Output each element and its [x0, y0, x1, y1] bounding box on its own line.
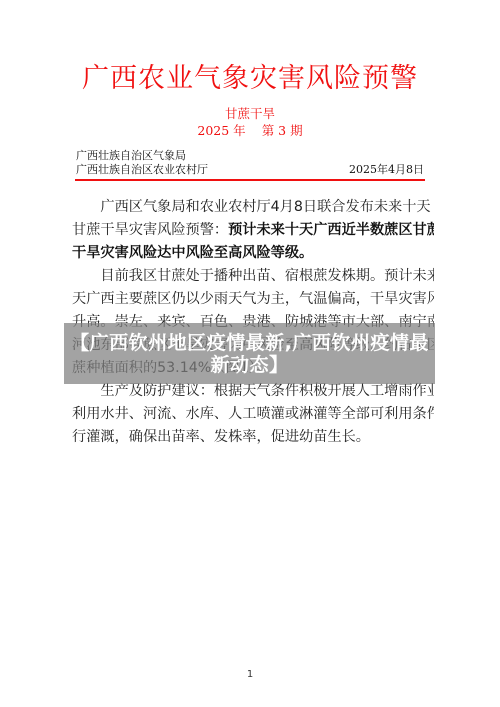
body-line: 行灌溉，确保出苗率、发株率，促进幼苗生长。	[72, 426, 434, 449]
overlay-caption-banner: 【广西钦州地区疫情最新,广西钦州疫情最新动态】	[64, 323, 435, 384]
body-line: 广西区气象局和农业农村厅4月8日联合发布未来十天	[72, 196, 434, 219]
issuer-agriculture-department: 广西壮族自治区农业农村厅	[76, 163, 208, 177]
header-divider	[75, 179, 425, 181]
issue-info: 2025 年第 3 期	[0, 123, 500, 139]
document-title: 广西农业气象灾害风险预警	[0, 63, 500, 95]
issue-date: 2025年4月8日	[349, 163, 424, 177]
body-line: 利用水井、河流、水库、人工喷灌或淋灌等全部可利用条件进	[72, 403, 434, 426]
body-text-plain: 甘蔗干旱灾害风险预警：	[72, 222, 228, 238]
issue-number: 第 3 期	[262, 123, 303, 138]
issue-year: 2025 年	[197, 123, 245, 138]
body-line: 甘蔗干旱灾害风险预警：预计未来十天广西近半数蔗区甘蔗	[72, 219, 434, 242]
issuer-meteorological-bureau: 广西壮族自治区气象局	[76, 149, 186, 163]
overlay-caption-text: 【广西钦州地区疫情最新,广西钦州疫情最新动态】	[64, 332, 435, 376]
document-page: 广西农业气象灾害风险预警 甘蔗干旱 2025 年第 3 期 广西壮族自治区气象局…	[0, 0, 500, 707]
document-subtitle: 甘蔗干旱	[0, 106, 500, 122]
body-line: 目前我区甘蔗处于播种出苗、宿根蔗发株期。预计未来十	[72, 265, 434, 288]
body-line: 干旱灾害风险达中风险至高风险等级。	[72, 242, 434, 265]
body-text-bold: 预计未来十天广西近半数蔗区甘蔗	[228, 222, 434, 238]
body-line: 天广西主要蔗区仍以少雨天气为主，气温偏高，干旱灾害风险	[72, 288, 434, 311]
page-number: 1	[0, 669, 500, 680]
